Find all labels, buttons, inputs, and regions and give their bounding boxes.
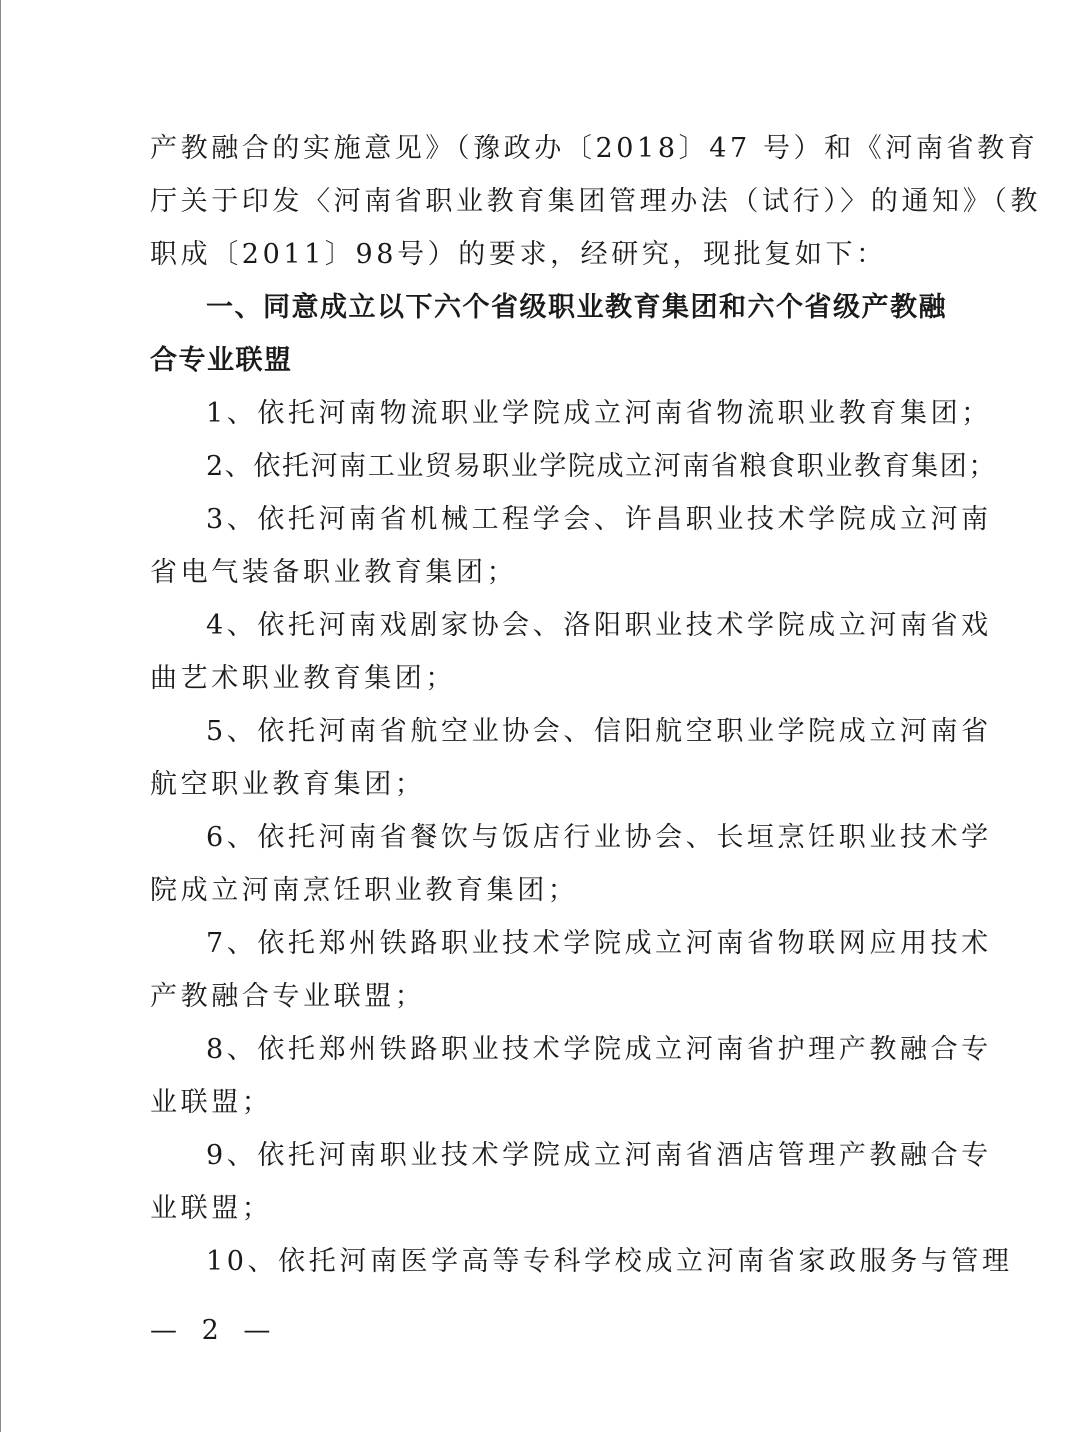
list-item-line: 10、依托河南医学高等专科学校成立河南省家政服务与管理 — [150, 1235, 936, 1288]
list-item-line: 6、依托河南省餐饮与饭店行业协会、长垣烹饪职业技术学 — [150, 811, 936, 864]
list-item-7: 7、依托郑州铁路职业技术学院成立河南省物联网应用技术 产教融合专业联盟； — [150, 917, 936, 1023]
section-heading-line: 一、同意成立以下六个省级职业教育集团和六个省级产教融 — [150, 281, 936, 334]
list-item-6: 6、依托河南省餐饮与饭店行业协会、长垣烹饪职业技术学 院成立河南烹饪职业教育集团… — [150, 811, 936, 917]
section-heading-line: 合专业联盟 — [150, 334, 936, 387]
list-item-1: 1、依托河南物流职业学院成立河南省物流职业教育集团； — [150, 387, 936, 440]
list-item-line: 4、依托河南戏剧家协会、洛阳职业技术学院成立河南省戏 — [150, 599, 936, 652]
list-item-line: 院成立河南烹饪职业教育集团； — [150, 864, 936, 917]
list-item-line: 5、依托河南省航空业协会、信阳航空职业学院成立河南省 — [150, 705, 936, 758]
list-item-4: 4、依托河南戏剧家协会、洛阳职业技术学院成立河南省戏 曲艺术职业教育集团； — [150, 599, 936, 705]
list-item-line: 3、依托河南省机械工程学会、许昌职业技术学院成立河南 — [150, 493, 936, 546]
list-item-9: 9、依托河南职业技术学院成立河南省酒店管理产教融合专 业联盟； — [150, 1129, 936, 1235]
list-item-line: 业联盟； — [150, 1076, 936, 1129]
list-item-8: 8、依托郑州铁路职业技术学院成立河南省护理产教融合专 业联盟； — [150, 1023, 936, 1129]
list-item-3: 3、依托河南省机械工程学会、许昌职业技术学院成立河南 省电气装备职业教育集团； — [150, 493, 936, 599]
intro-line: 职成〔2011〕98号）的要求，经研究，现批复如下： — [150, 228, 936, 281]
list-item-line: 1、依托河南物流职业学院成立河南省物流职业教育集团； — [150, 387, 936, 440]
list-item-2: 2、依托河南工业贸易职业学院成立河南省粮食职业教育集团； — [150, 440, 936, 493]
section-heading: 一、同意成立以下六个省级职业教育集团和六个省级产教融 合专业联盟 — [150, 281, 936, 387]
list-item-10: 10、依托河南医学高等专科学校成立河南省家政服务与管理 — [150, 1235, 936, 1288]
intro-line: 产教融合的实施意见》（豫政办〔2018〕47 号）和《河南省教育 — [150, 122, 936, 175]
intro-paragraph: 产教融合的实施意见》（豫政办〔2018〕47 号）和《河南省教育 厅关于印发〈河… — [150, 122, 936, 281]
list-item-line: 7、依托郑州铁路职业技术学院成立河南省物联网应用技术 — [150, 917, 936, 970]
list-item-line: 2、依托河南工业贸易职业学院成立河南省粮食职业教育集团； — [150, 440, 936, 493]
list-item-line: 9、依托河南职业技术学院成立河南省酒店管理产教融合专 — [150, 1129, 936, 1182]
list-item-line: 省电气装备职业教育集团； — [150, 546, 936, 599]
list-item-line: 业联盟； — [150, 1182, 936, 1235]
list-item-line: 8、依托郑州铁路职业技术学院成立河南省护理产教融合专 — [150, 1023, 936, 1076]
document-body: 产教融合的实施意见》（豫政办〔2018〕47 号）和《河南省教育 厅关于印发〈河… — [150, 122, 936, 1288]
list-item-line: 产教融合专业联盟； — [150, 970, 936, 1023]
list-item-line: 航空职业教育集团； — [150, 758, 936, 811]
list-item-5: 5、依托河南省航空业协会、信阳航空职业学院成立河南省 航空职业教育集团； — [150, 705, 936, 811]
page-number: — 2 — — [150, 1316, 278, 1346]
page-left-border — [0, 0, 1, 1432]
intro-line: 厅关于印发〈河南省职业教育集团管理办法（试行）〉的通知》（教 — [150, 175, 936, 228]
list-item-line: 曲艺术职业教育集团； — [150, 652, 936, 705]
